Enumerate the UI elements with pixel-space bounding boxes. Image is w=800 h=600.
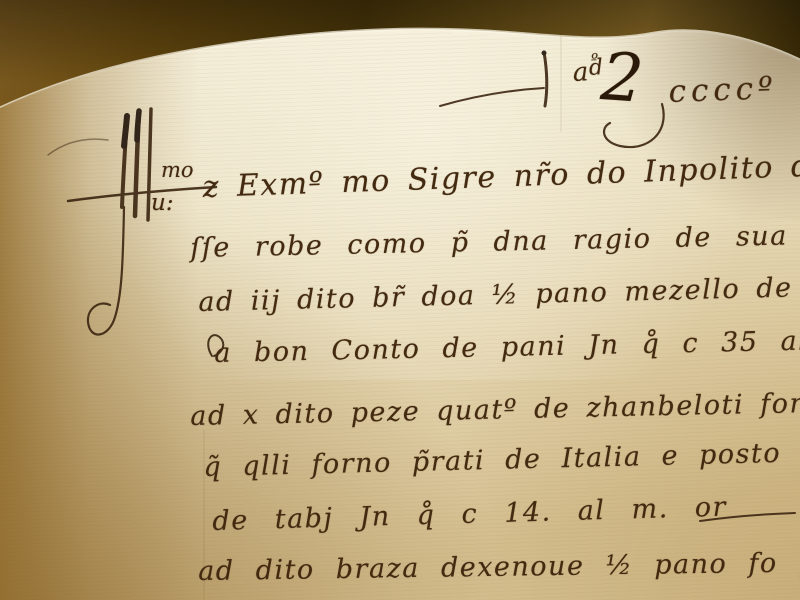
heading-letter-a: a <box>572 57 589 88</box>
heading-year-cccc: ccccº <box>668 70 778 110</box>
manuscript-photograph: a º d 2 ccccº mo u: z Exmº mo Sigre nr̃o… <box>0 0 800 600</box>
monogram-superscript-mo: mo <box>161 158 194 182</box>
heading-stroke-dot <box>542 51 547 56</box>
monogram-subscript-u: u: <box>151 190 174 216</box>
heading-numeral: 2 <box>599 38 646 118</box>
illmo-monogram-stroke-top <box>124 116 127 146</box>
illmo-monogram-stroke-top <box>137 111 139 140</box>
